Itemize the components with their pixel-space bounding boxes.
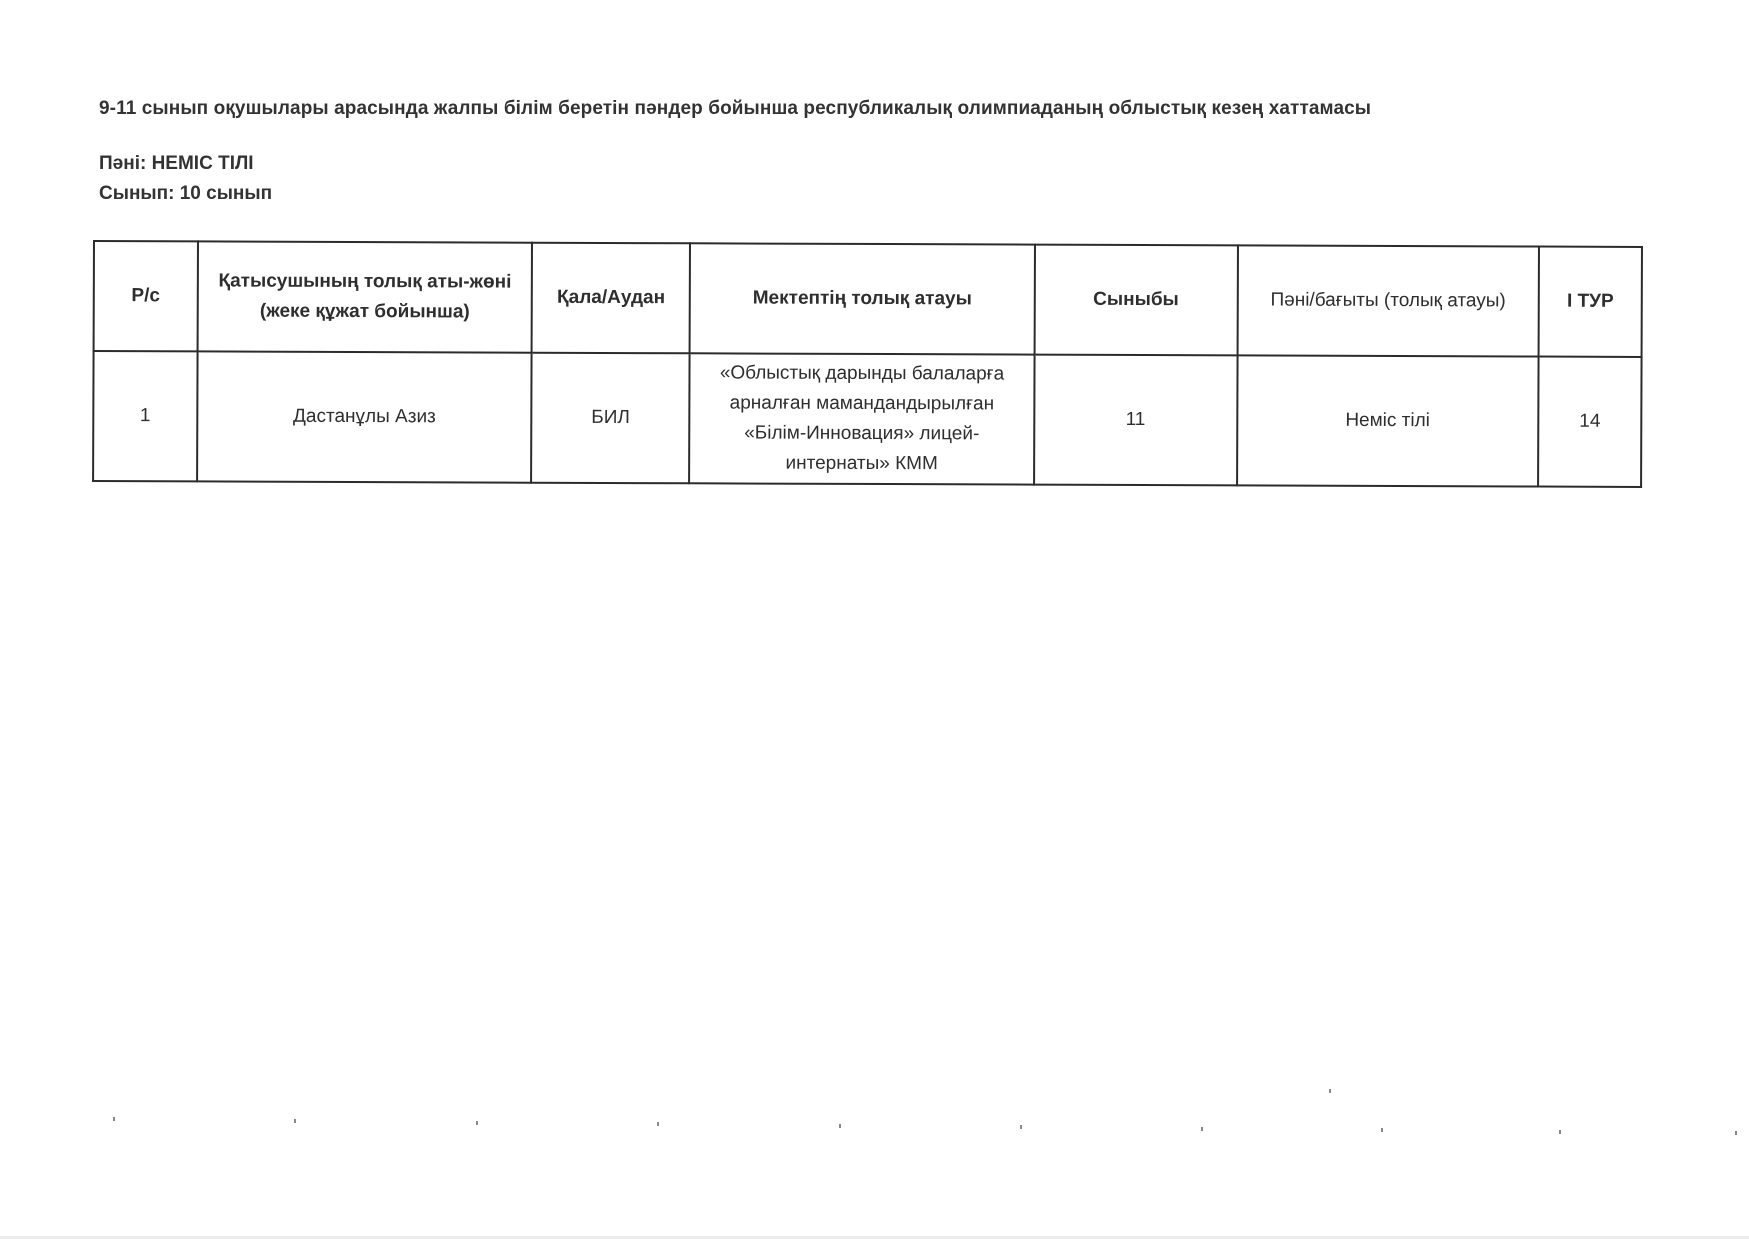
header-full-name: Қатысушының толық аты-жөні (жеке құжат б… bbox=[197, 241, 532, 352]
cell-number: 1 bbox=[93, 351, 197, 481]
table-row: 1 Дастанұлы Азиз БИЛ «Облыстық дарынды б… bbox=[93, 351, 1641, 487]
document-title: 9-11 сынып оқушылары арасында жалпы білі… bbox=[99, 98, 1371, 120]
cell-subject: Неміс тілі bbox=[1237, 355, 1539, 486]
cell-grade: 11 bbox=[1034, 355, 1237, 486]
table-header-row: Р/с Қатысушының толық аты-жөні (жеке құж… bbox=[94, 241, 1642, 357]
grade-line: Сынып: 10 сынып bbox=[99, 183, 272, 205]
scan-bottom-edge bbox=[0, 1236, 1749, 1239]
cell-city-district: БИЛ bbox=[531, 353, 689, 484]
results-table: Р/с Қатысушының толық аты-жөні (жеке құж… bbox=[92, 240, 1643, 488]
cell-school: «Облыстық дарынды балаларға арналған мам… bbox=[689, 353, 1034, 484]
cell-round1-score: 14 bbox=[1538, 357, 1641, 487]
header-grade: Сыныбы bbox=[1034, 245, 1237, 356]
header-school: Мектептің толық атауы bbox=[690, 243, 1035, 354]
cell-full-name: Дастанұлы Азиз bbox=[197, 351, 532, 482]
header-city-district: Қала/Аудан bbox=[532, 243, 690, 354]
header-subject: Пәні/бағыты (толық атауы) bbox=[1237, 245, 1539, 356]
subject-line: Пәні: НЕМІС ТІЛІ bbox=[99, 153, 254, 175]
header-number: Р/с bbox=[94, 241, 198, 351]
header-round1: І ТУР bbox=[1539, 247, 1642, 357]
